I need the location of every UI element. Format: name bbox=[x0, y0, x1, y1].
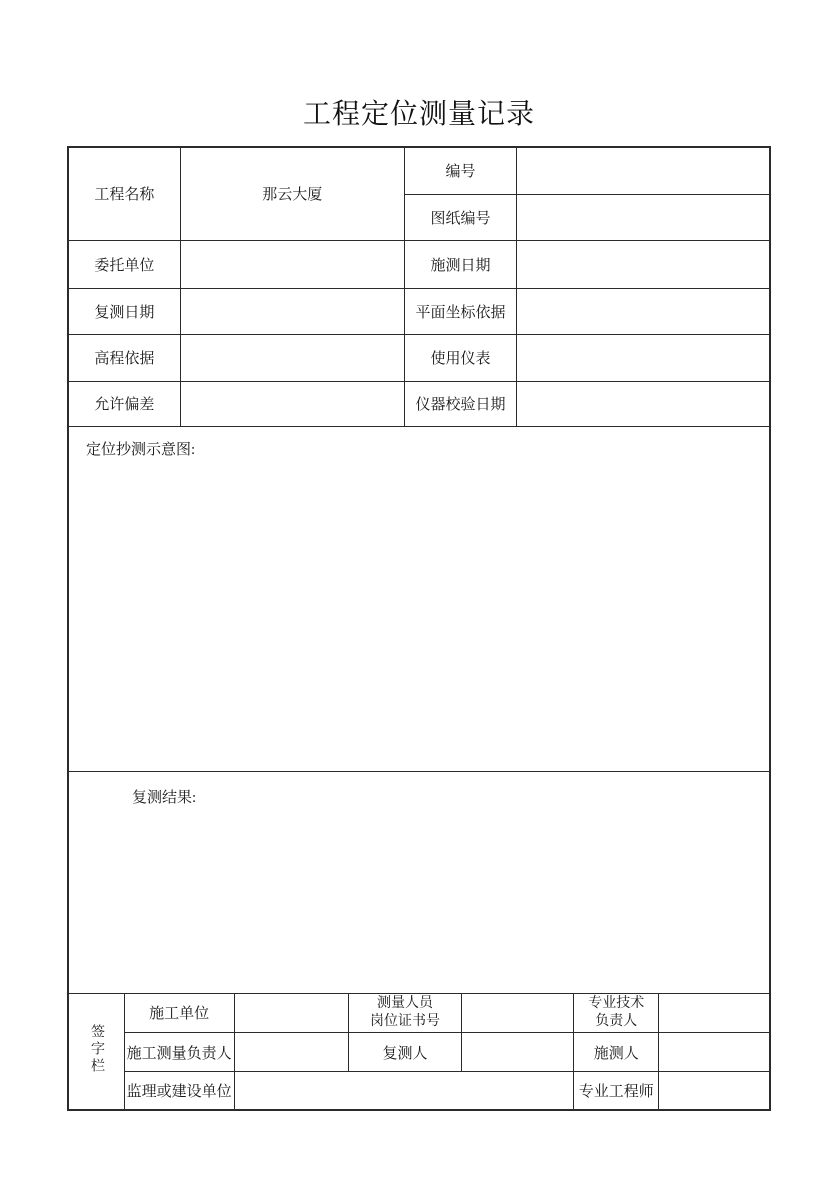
professional-engineer-value bbox=[659, 1072, 769, 1110]
survey-director-label: 施工测量负责人 bbox=[124, 1033, 234, 1072]
signature-table: 签字栏 施工单位 测量人员 岗位证书号 专业技术 负责人 施工测量负责人 复测人 bbox=[69, 994, 769, 1110]
surveyor-certificate-label: 测量人员 岗位证书号 bbox=[348, 994, 461, 1033]
positioning-sketch-section: 定位抄测示意图: bbox=[69, 427, 769, 772]
drawing-number-value bbox=[517, 194, 769, 240]
survey-record-form: 工程名称 那云大厦 编号 图纸编号 委托单位 施测日期 复测日期 平面坐标依据 bbox=[67, 146, 771, 1111]
surveyor-label: 施测人 bbox=[574, 1033, 659, 1072]
construction-unit-label: 施工单位 bbox=[124, 994, 234, 1033]
technical-director-label-line2: 负责人 bbox=[576, 1013, 656, 1031]
entrusting-unit-label: 委托单位 bbox=[69, 240, 180, 288]
drawing-number-label: 图纸编号 bbox=[404, 194, 516, 240]
retester-value bbox=[462, 1033, 574, 1072]
project-name-value: 那云大厦 bbox=[180, 148, 404, 240]
retest-result-label: 复测结果: bbox=[132, 790, 196, 806]
instruments-label: 使用仪表 bbox=[404, 334, 516, 381]
technical-director-label-line1: 专业技术 bbox=[576, 995, 656, 1013]
retest-date-label: 复测日期 bbox=[69, 288, 180, 334]
positioning-sketch-label: 定位抄测示意图: bbox=[86, 442, 195, 458]
surveyor-value bbox=[659, 1033, 769, 1072]
retest-result-section: 复测结果: bbox=[69, 772, 769, 994]
surveyor-certificate-label-line2: 岗位证书号 bbox=[351, 1013, 459, 1031]
allowable-deviation-value bbox=[180, 381, 404, 426]
supervision-unit-value bbox=[234, 1072, 573, 1110]
elevation-basis-value bbox=[180, 334, 404, 381]
plane-coordinate-basis-label: 平面坐标依据 bbox=[404, 288, 516, 334]
plane-coordinate-basis-value bbox=[517, 288, 769, 334]
page-title: 工程定位测量记录 bbox=[0, 92, 838, 132]
calibration-date-label: 仪器校验日期 bbox=[404, 381, 516, 426]
allowable-deviation-label: 允许偏差 bbox=[69, 381, 180, 426]
technical-director-label: 专业技术 负责人 bbox=[574, 994, 659, 1033]
retest-date-value bbox=[180, 288, 404, 334]
signature-column-vertical-text: 签字栏 bbox=[89, 1024, 104, 1075]
elevation-basis-label: 高程依据 bbox=[69, 334, 180, 381]
info-table: 工程名称 那云大厦 编号 图纸编号 委托单位 施测日期 复测日期 平面坐标依据 bbox=[69, 148, 769, 427]
survey-director-value bbox=[234, 1033, 348, 1072]
entrusting-unit-value bbox=[180, 240, 404, 288]
number-label: 编号 bbox=[404, 148, 516, 194]
technical-director-value bbox=[659, 994, 769, 1033]
signature-column-label: 签字栏 bbox=[69, 994, 124, 1110]
project-name-label: 工程名称 bbox=[69, 148, 180, 240]
instruments-value bbox=[517, 334, 769, 381]
professional-engineer-label: 专业工程师 bbox=[574, 1072, 659, 1110]
document-page: 工程定位测量记录 工程名称 那云大厦 编号 图纸编号 委托单位 施测日期 bbox=[0, 0, 838, 1186]
construction-unit-value bbox=[234, 994, 348, 1033]
survey-date-value bbox=[517, 240, 769, 288]
retester-label: 复测人 bbox=[348, 1033, 461, 1072]
survey-date-label: 施测日期 bbox=[404, 240, 516, 288]
calibration-date-value bbox=[517, 381, 769, 426]
surveyor-certificate-label-line1: 测量人员 bbox=[351, 995, 459, 1013]
surveyor-certificate-value bbox=[462, 994, 574, 1033]
supervision-unit-label: 监理或建设单位 bbox=[124, 1072, 234, 1110]
number-value bbox=[517, 148, 769, 194]
